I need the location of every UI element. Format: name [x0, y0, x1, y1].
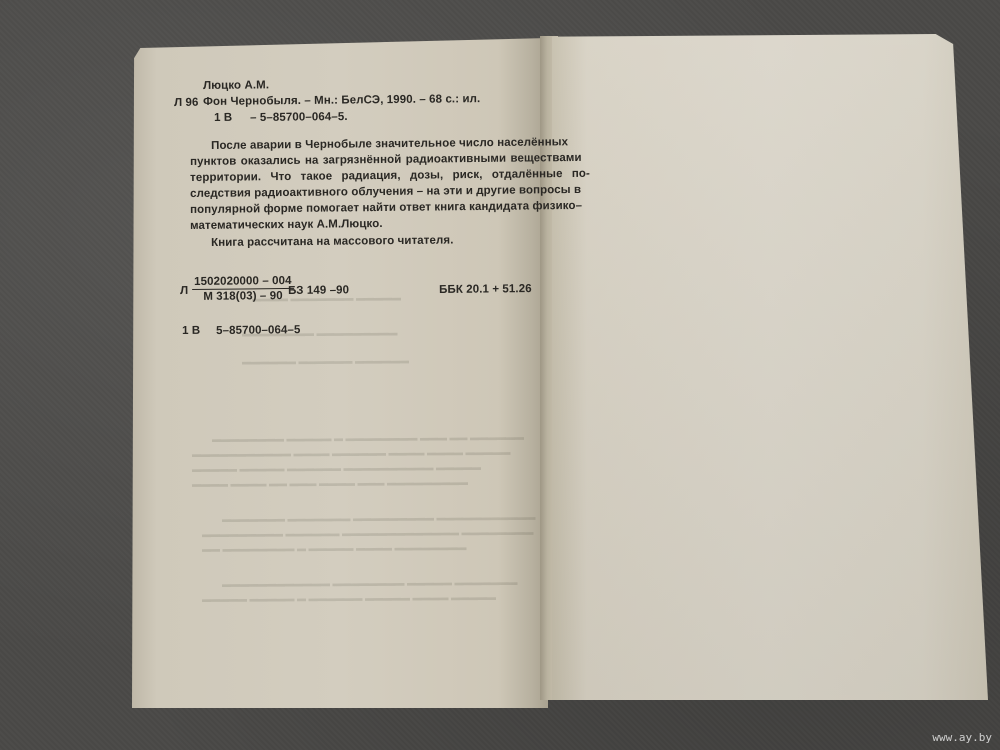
- catalog-isbn: 5–85700–064–5: [216, 324, 301, 337]
- catalog-bbk: ББК 20.1 + 51.26: [439, 283, 532, 296]
- catalog-denominator: М 318(03) – 90: [192, 289, 294, 303]
- show-through-text: ▬▬▬▬▬▬▬ ▬▬▬▬▬ ▬▬▬▬▬▬▬▬ ▬▬▬▬▬▬▬▬▬▬▬▬: [222, 577, 518, 589]
- show-through-text: ▬▬▬▬▬▬ ▬▬▬▬▬▬ ▬▬▬▬▬▬: [242, 355, 409, 366]
- catalog-isbn-prefix: 1 В: [182, 325, 200, 337]
- isbn-prefix: 1 В: [214, 112, 232, 124]
- watermark-text: www.ay.by: [932, 731, 992, 744]
- right-page: [552, 34, 988, 700]
- index-code: Л 96: [174, 97, 199, 109]
- book-author: Люцко А.М.: [203, 79, 269, 92]
- catalog-fraction-box: 1502020000 – 004 М 318(03) – 90: [192, 275, 294, 303]
- catalog-letter: Л: [180, 285, 188, 297]
- catalog-fraction: 1502020000 – 004 М 318(03) – 90: [192, 275, 294, 303]
- catalog-numerator: 1502020000 – 004: [192, 275, 294, 290]
- show-through-text: ▬▬▬▬▬▬▬▬ ▬▬▬▬▬▬▬▬▬▬▬▬▬ ▬▬▬▬▬▬ ▬▬▬▬▬▬▬▬▬: [202, 527, 534, 539]
- show-through-text: ▬▬▬▬▬▬▬▬▬▬▬ ▬▬▬▬▬▬▬▬▬ ▬▬▬▬▬▬▬ ▬▬▬▬▬▬▬: [222, 512, 536, 524]
- show-through-text: ▬▬▬▬▬ ▬▬▬▬ ▬▬▬▬ ▬▬▬▬▬▬ ▬▬▬▬ ▬▬▬▬▬▬▬▬▬▬▬: [192, 447, 511, 459]
- show-through-text: ▬▬▬▬▬ ▬▬▬▬▬▬▬▬▬▬ ▬▬▬▬▬▬ ▬▬▬▬▬ ▬▬▬▬▬: [192, 462, 481, 474]
- annotation-line: математических наук А.М.Люцко.: [190, 218, 383, 232]
- page-shading: [552, 34, 988, 700]
- show-through-text: ▬▬▬▬▬ ▬▬▬▬ ▬▬▬▬▬ ▬▬▬▬▬▬ ▬ ▬▬▬▬▬ ▬▬▬▬▬: [202, 592, 496, 604]
- audience-note: Книга рассчитана на массового читателя.: [211, 234, 454, 249]
- catalog-bz: БЗ 149 –90: [288, 284, 349, 297]
- show-through-text: ▬▬▬▬▬▬▬▬ ▬▬▬▬ ▬▬▬▬▬ ▬ ▬▬▬▬▬▬▬▬ ▬▬: [202, 542, 467, 554]
- show-through-text: ▬▬▬▬▬▬ ▬▬ ▬▬▬ ▬▬▬▬▬▬▬▬ ▬ ▬▬▬▬▬ ▬▬▬▬▬▬▬▬: [212, 432, 524, 444]
- isbn-line: – 5–85700–064–5.: [250, 111, 348, 124]
- show-through-text: ▬▬▬▬▬▬▬▬▬ ▬▬▬ ▬▬▬▬ ▬▬▬ ▬▬ ▬▬▬▬ ▬▬▬▬: [192, 477, 468, 489]
